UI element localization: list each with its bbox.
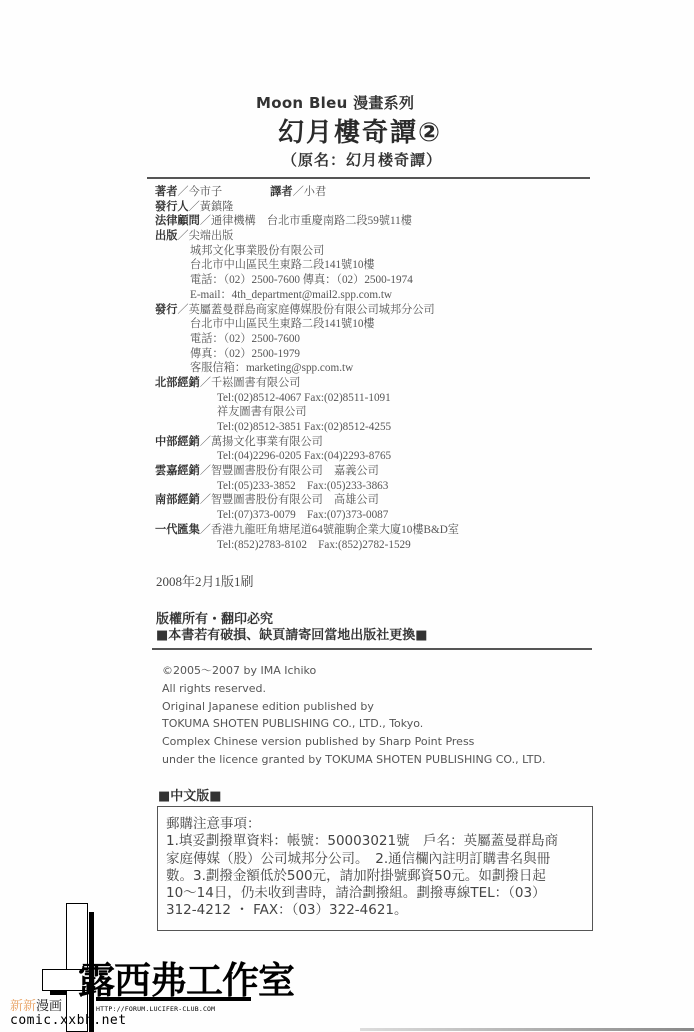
- notice-line: 家庭傳媒（股）公司城邦分公司。 2.通信欄內註明訂購書名與冊: [166, 851, 592, 868]
- publisher: 尖端出版: [189, 230, 234, 242]
- publisher-line: 電話：（02）2500-7600 傳真：（02）2500-1974: [155, 273, 459, 288]
- site-watermark: 新新漫画: [10, 995, 62, 1014]
- distribution-line: 台北市中山區民生東路二段141號10樓: [155, 317, 459, 332]
- north-line: Tel:(02)8512-4067 Fax:(02)8511-1091: [155, 391, 459, 406]
- notice-line: 數。3.劃撥金額低於500元，請加附掛號郵資50元。如劃撥日起: [166, 868, 592, 885]
- notice-line: 郵購注意事項：: [166, 816, 592, 833]
- damage-notice: ■本書若有破損、缺頁請寄回當地出版社更換■: [156, 624, 428, 643]
- north-label: 北部經銷: [155, 376, 200, 389]
- print-date: 2008年2月1版1刷: [156, 571, 254, 590]
- divider-top: [147, 177, 590, 179]
- bottom-edge: [360, 1028, 694, 1031]
- publisher-line: E-mail：4th_department@mail2.spp.com.tw: [155, 288, 459, 303]
- copyright-line: ©2005～2007 by IMA Ichiko: [162, 662, 545, 680]
- site-name-a: 新新: [10, 999, 36, 1014]
- distribution-line: 客服信箱：marketing@spp.com.tw: [155, 361, 459, 376]
- chiayi-label: 雲嘉經銷: [155, 464, 200, 477]
- distribution-label: 發行: [155, 303, 177, 316]
- north-line: 祥友圖書有限公司: [155, 405, 459, 420]
- notice-line: 1.填妥劃撥單資料：帳號：50003021號 戶名：英屬蓋曼群島商: [166, 833, 592, 850]
- copyright-block: ©2005～2007 by IMA Ichiko All rights rese…: [162, 662, 545, 769]
- translator: 小君: [304, 186, 326, 198]
- north-line: Tel:(02)8512-3851 Fax:(02)8512-4255: [155, 420, 459, 435]
- issuer: 黃鎮隆: [200, 201, 234, 213]
- book-title: 幻月樓奇譚②: [278, 112, 442, 149]
- copyright-line: under the licence granted by TOKUMA SHOT…: [162, 751, 545, 769]
- group-url[interactable]: HTTP://FORUM.LUCIFER-CLUB.COM: [96, 1005, 215, 1013]
- original-title: （原名：幻月楼奇譚）: [282, 149, 442, 170]
- south: 智豐圖書股份有限公司 高雄公司: [211, 494, 379, 506]
- legal: 通律機構 台北市重慶南路二段59號11樓: [211, 215, 412, 227]
- copyright-line: TOKUMA SHOTEN PUBLISHING CO., LTD., Toky…: [162, 715, 545, 733]
- credits-block: 著者／今市子譯者／小君 發行人／黃鎮隆 法律顧問／通律機構 台北市重慶南路二段5…: [155, 185, 459, 552]
- notice-line: 10～14日，仍未收到書時，請洽劃撥組。劃撥專線TEL：（03）: [166, 885, 592, 902]
- publisher-line: 台北市中山區民生東路二段141號10樓: [155, 258, 459, 273]
- site-name-b: 漫画: [36, 999, 62, 1014]
- divider-middle: [152, 648, 592, 650]
- series-label: Moon Bleu 漫畫系列: [256, 92, 414, 113]
- south-line: Tel:(07)373-0079 Fax:(07)373-0087: [155, 508, 459, 523]
- legal-label: 法律顧問: [155, 214, 200, 227]
- publisher-line: 城邦文化事業股份有限公司: [155, 244, 459, 259]
- logo-underline: [96, 997, 251, 1001]
- group-logo: 露西弗工作室: [78, 950, 294, 1004]
- chiayi-line: Tel:(05)233-3852 Fax:(05)233-3863: [155, 479, 459, 494]
- copyright-line: Original Japanese edition published by: [162, 698, 545, 716]
- copyright-line: Complex Chinese version published by Sha…: [162, 733, 545, 751]
- copyright-line: All rights reserved.: [162, 680, 545, 698]
- issuer-label: 發行人: [155, 200, 189, 213]
- central-line: Tel:(04)2296-0205 Fax:(04)2293-8765: [155, 449, 459, 464]
- central: 萬揚文化事業有限公司: [211, 436, 323, 448]
- author: 今市子: [189, 186, 223, 198]
- hk-line: Tel:(852)2783-8102 Fax:(852)2782-1529: [155, 538, 459, 553]
- translator-label: 譯者: [270, 185, 292, 198]
- publisher-label: 出版: [155, 229, 177, 242]
- mail-order-notice: 郵購注意事項： 1.填妥劃撥單資料：帳號：50003021號 戶名：英屬蓋曼群島…: [157, 806, 593, 931]
- chinese-edition-label: ■中文版■: [158, 785, 222, 804]
- distribution: 英屬蓋曼群島商家庭傳媒股份有限公司城邦分公司: [189, 304, 435, 316]
- chiayi: 智豐圖書股份有限公司 嘉義公司: [211, 465, 379, 477]
- distribution-line: 電話：（02）2500-7600: [155, 332, 459, 347]
- north: 千崧圖書有限公司: [211, 377, 301, 389]
- south-label: 南部經銷: [155, 493, 200, 506]
- site-url[interactable]: comic.xxbh.net: [10, 1013, 127, 1028]
- hk: 香港九龍旺角塘尾道64號龍駒企業大廈10樓B&D室: [211, 524, 459, 536]
- distribution-line: 傳真：（02）2500-1979: [155, 347, 459, 362]
- hk-label: 一代匯集: [155, 523, 200, 536]
- central-label: 中部經銷: [155, 435, 200, 448]
- notice-line: 312-4212 ・ FAX：（03）322-4621。: [166, 902, 592, 919]
- author-label: 著者: [155, 185, 177, 198]
